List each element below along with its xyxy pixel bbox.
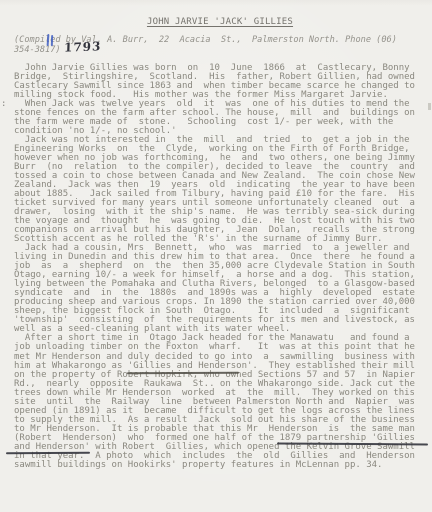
page-title: JOHN JARVIE 'JACK' GILLIES: [147, 17, 293, 27]
scan-artifact-right-margin: [428, 103, 431, 110]
compiled-by-line2: 354-3817): [14, 45, 61, 55]
paragraph: Jack was not interested in the mill and …: [14, 136, 426, 244]
paragraph: John Jarvie Gillies was born on 10 June …: [14, 64, 426, 100]
text-line: sawmill buildings on Hookirks' property …: [14, 461, 426, 470]
paragraph: Jack had a cousin, Mrs Bennett, who was …: [14, 244, 426, 334]
pen-underline-1879-partnership-end: [6, 451, 90, 453]
scanned-document-page: JOHN JARVIE 'JACK' GILLIES (Compiled by …: [0, 0, 432, 512]
paragraph: When Jack was twelve years old it was on…: [14, 100, 426, 136]
paragraph: After a short time in Otago Jack headed …: [14, 334, 426, 469]
handwritten-number: 1793: [64, 39, 102, 54]
scan-artifact-left-margin: :: [1, 101, 5, 113]
document-body: John Jarvie Gillies was born on 10 June …: [14, 64, 426, 470]
